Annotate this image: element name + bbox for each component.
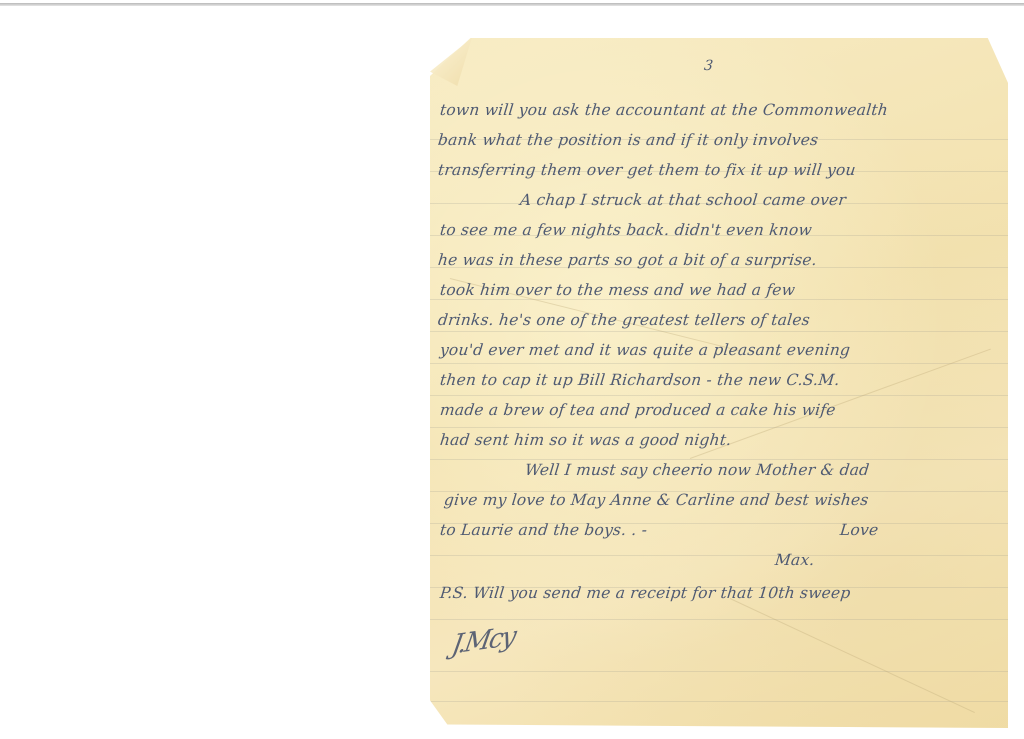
letter-line-14: give my love to May Anne & Carline and b…	[443, 490, 870, 510]
letter-page: 3 town will you ask the accountant at th…	[430, 38, 1008, 728]
letter-line-8: drinks. he's one of the greatest tellers…	[437, 310, 811, 330]
letter-line-11: made a brew of tea and produced a cake h…	[439, 400, 837, 420]
closing-love: Love	[839, 520, 879, 540]
letter-line-4: A chap I struck at that school came over	[519, 190, 847, 210]
letter-line-12: had sent him so it was a good night.	[439, 430, 733, 450]
letter-line-3: transferring them over get them to fix i…	[437, 160, 857, 180]
letter-line-10: then to cap it up Bill Richardson - the …	[439, 370, 841, 390]
scanner-edge	[0, 3, 1024, 6]
letter-line-15: to Laurie and the boys. . -	[439, 520, 648, 540]
letter-line-13: Well I must say cheerio now Mother & dad	[524, 460, 870, 480]
letter-line-5: to see me a few nights back. didn't even…	[439, 220, 813, 240]
letter-line-9: you'd ever met and it was quite a pleasa…	[439, 340, 851, 360]
page-number: 3	[703, 56, 714, 76]
letter-line-7: took him over to the mess and we had a f…	[439, 280, 796, 300]
letter-line-6: he was in these parts so got a bit of a …	[437, 250, 818, 270]
postscript: P.S. Will you send me a receipt for that…	[439, 583, 852, 603]
letter-line-1: town will you ask the accountant at the …	[439, 100, 889, 120]
sender-name: Max.	[774, 550, 816, 570]
letter-line-2: bank what the position is and if it only…	[437, 130, 819, 150]
